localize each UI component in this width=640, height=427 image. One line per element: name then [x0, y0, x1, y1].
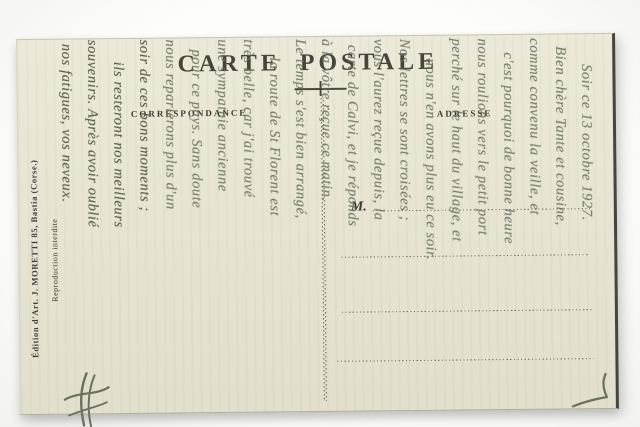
message-line: à la vôtre reçue ce matin.	[313, 39, 340, 401]
message-line: Le temps s'est bien arrangé,	[287, 39, 314, 401]
message-line: pour ce pays. Sans doute	[183, 39, 210, 401]
message-line: Bien chère Tante et cousine,	[547, 38, 574, 400]
message-line: Soir ce 13 octobre 1927.	[573, 38, 600, 400]
message-line: souvenirs. Après avoir oublié	[79, 40, 106, 402]
message-line: carte de Calvi, et je réponds	[339, 39, 366, 401]
message-line: nos fatigues, vos neveux.	[53, 40, 80, 402]
publisher-imprint: Édition d'Art. J. MORETTI 85, Bastia (Co…	[28, 116, 43, 358]
message-line: la route de St Florent est	[261, 39, 288, 401]
message-line: Nos lettres se sont croisées ;	[391, 39, 418, 401]
handwritten-message: Soir ce 13 octobre 1927. Bien chère Tant…	[51, 38, 600, 402]
message-line: comme convenu la veille, et	[521, 38, 548, 400]
message-line: perché sur le haut du village, et	[443, 38, 470, 400]
message-line: vous l'aurez reçue depuis, la	[365, 39, 392, 401]
pencil-hook-mark	[569, 370, 613, 414]
message-line: nous reparlerons plus d'un	[157, 39, 184, 401]
postcard: CARTE POSTALE CORRESPONDANCE ADRESSE M. …	[16, 33, 619, 415]
message-line: très belle, car j'ai trouvé	[235, 39, 262, 401]
message-line: soir de ces bons moments ;	[131, 40, 158, 402]
message-line: ils resteront nos meilleurs	[105, 40, 132, 402]
message-line: nous n'en avons plus eu ce soir.	[417, 39, 444, 401]
message-line: nous roulions vers le petit port	[469, 38, 496, 400]
message-line: une sympathie ancienne	[209, 39, 236, 401]
signature-flourish	[57, 369, 116, 427]
message-line: c'est pourquoi de bonne heure	[495, 38, 522, 400]
